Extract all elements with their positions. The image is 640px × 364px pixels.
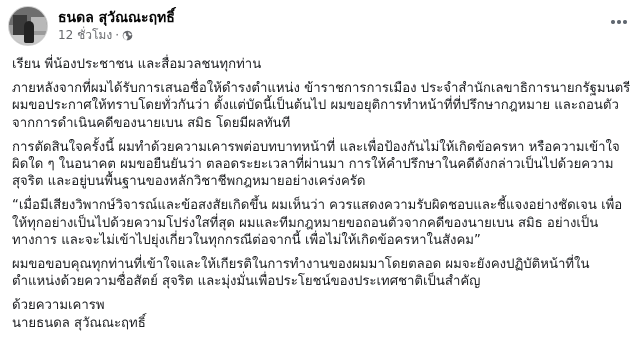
post-signature: ด้วยความเคารพ นายธนดล สุวัณณะฤทธิ์	[12, 297, 628, 332]
text-line: จากการดำเนินคดีของนายเบน สมิธ โดยมีผลทัน…	[12, 115, 628, 132]
facebook-post: ธนดล สุวัณณะฤทธิ์ 12 ชั่วโมง · เรียน พี่…	[0, 0, 640, 364]
text-line: ให้ทุกอย่างเป็นไปด้วยความโปร่งใสที่สุด ผ…	[12, 215, 628, 232]
more-options-button[interactable]	[604, 10, 634, 34]
text-line: ผิดใด ๆ ในอนาคต ผมขอยืนยันว่า ตลอดระยะเว…	[12, 156, 628, 173]
separator-dot: ·	[115, 27, 119, 43]
text-line: เรียน พี่น้องประชาชน และสื่อมวลชนทุกท่าน	[12, 56, 628, 73]
signature-name: นายธนดล สุวัณณะฤทธิ์	[12, 315, 628, 332]
text-line: สุจริต และอยู่บนพื้นฐานของหลักวิชาชีพกฎห…	[12, 173, 628, 190]
post-paragraph: เรียน พี่น้องประชาชน และสื่อมวลชนทุกท่าน	[12, 56, 628, 73]
text-line: ทางการ และจะไม่เข้าไปยุ่งเกี่ยวในทุกกรณี…	[12, 232, 628, 249]
text-line: ภายหลังจากที่ผมได้รับการเสนอชื่อให้ดำรงต…	[12, 80, 628, 97]
globe-icon[interactable]	[122, 30, 133, 41]
text-line: ผมขอขอบคุณทุกท่านที่เข้าใจและให้เกียรติใ…	[12, 256, 628, 273]
more-horizontal-icon	[611, 20, 615, 24]
post-paragraph: การตัดสินใจครั้งนี้ ผมทำด้วยความเคารพต่อ…	[12, 139, 628, 191]
post-subline: 12 ชั่วโมง ·	[58, 27, 175, 43]
avatar[interactable]	[8, 6, 48, 46]
more-horizontal-icon-dot	[623, 20, 627, 24]
post-paragraph: ผมขอขอบคุณทุกท่านที่เข้าใจและให้เกียรติใ…	[12, 256, 628, 291]
post-timestamp[interactable]: 12 ชั่วโมง	[58, 27, 112, 43]
text-line: ตำแหน่งด้วยความซื่อสัตย์ สุจริต และมุ่งม…	[12, 273, 628, 290]
post-paragraph: ภายหลังจากที่ผมได้รับการเสนอชื่อให้ดำรงต…	[12, 80, 628, 132]
post-quote-paragraph: “เมื่อมีเสียงวิพากษ์วิจารณ์และข้อสงสัยเก…	[12, 197, 628, 249]
text-line: การตัดสินใจครั้งนี้ ผมทำด้วยความเคารพต่อ…	[12, 139, 628, 156]
post-body: เรียน พี่น้องประชาชน และสื่อมวลชนทุกท่าน…	[12, 56, 628, 339]
author-name[interactable]: ธนดล สุวัณณะฤทธิ์	[58, 9, 175, 27]
text-line: ผมขอประกาศให้ทราบโดยทั่วกันว่า ตั้งแต่บั…	[12, 97, 628, 114]
post-meta: ธนดล สุวัณณะฤทธิ์ 12 ชั่วโมง ·	[58, 9, 175, 43]
more-horizontal-icon-dot	[617, 20, 621, 24]
text-line: “เมื่อมีเสียงวิพากษ์วิจารณ์และข้อสงสัยเก…	[12, 197, 628, 214]
text-line: ด้วยความเคารพ	[12, 297, 628, 314]
post-header: ธนดล สุวัณณะฤทธิ์ 12 ชั่วโมง ·	[8, 6, 632, 46]
